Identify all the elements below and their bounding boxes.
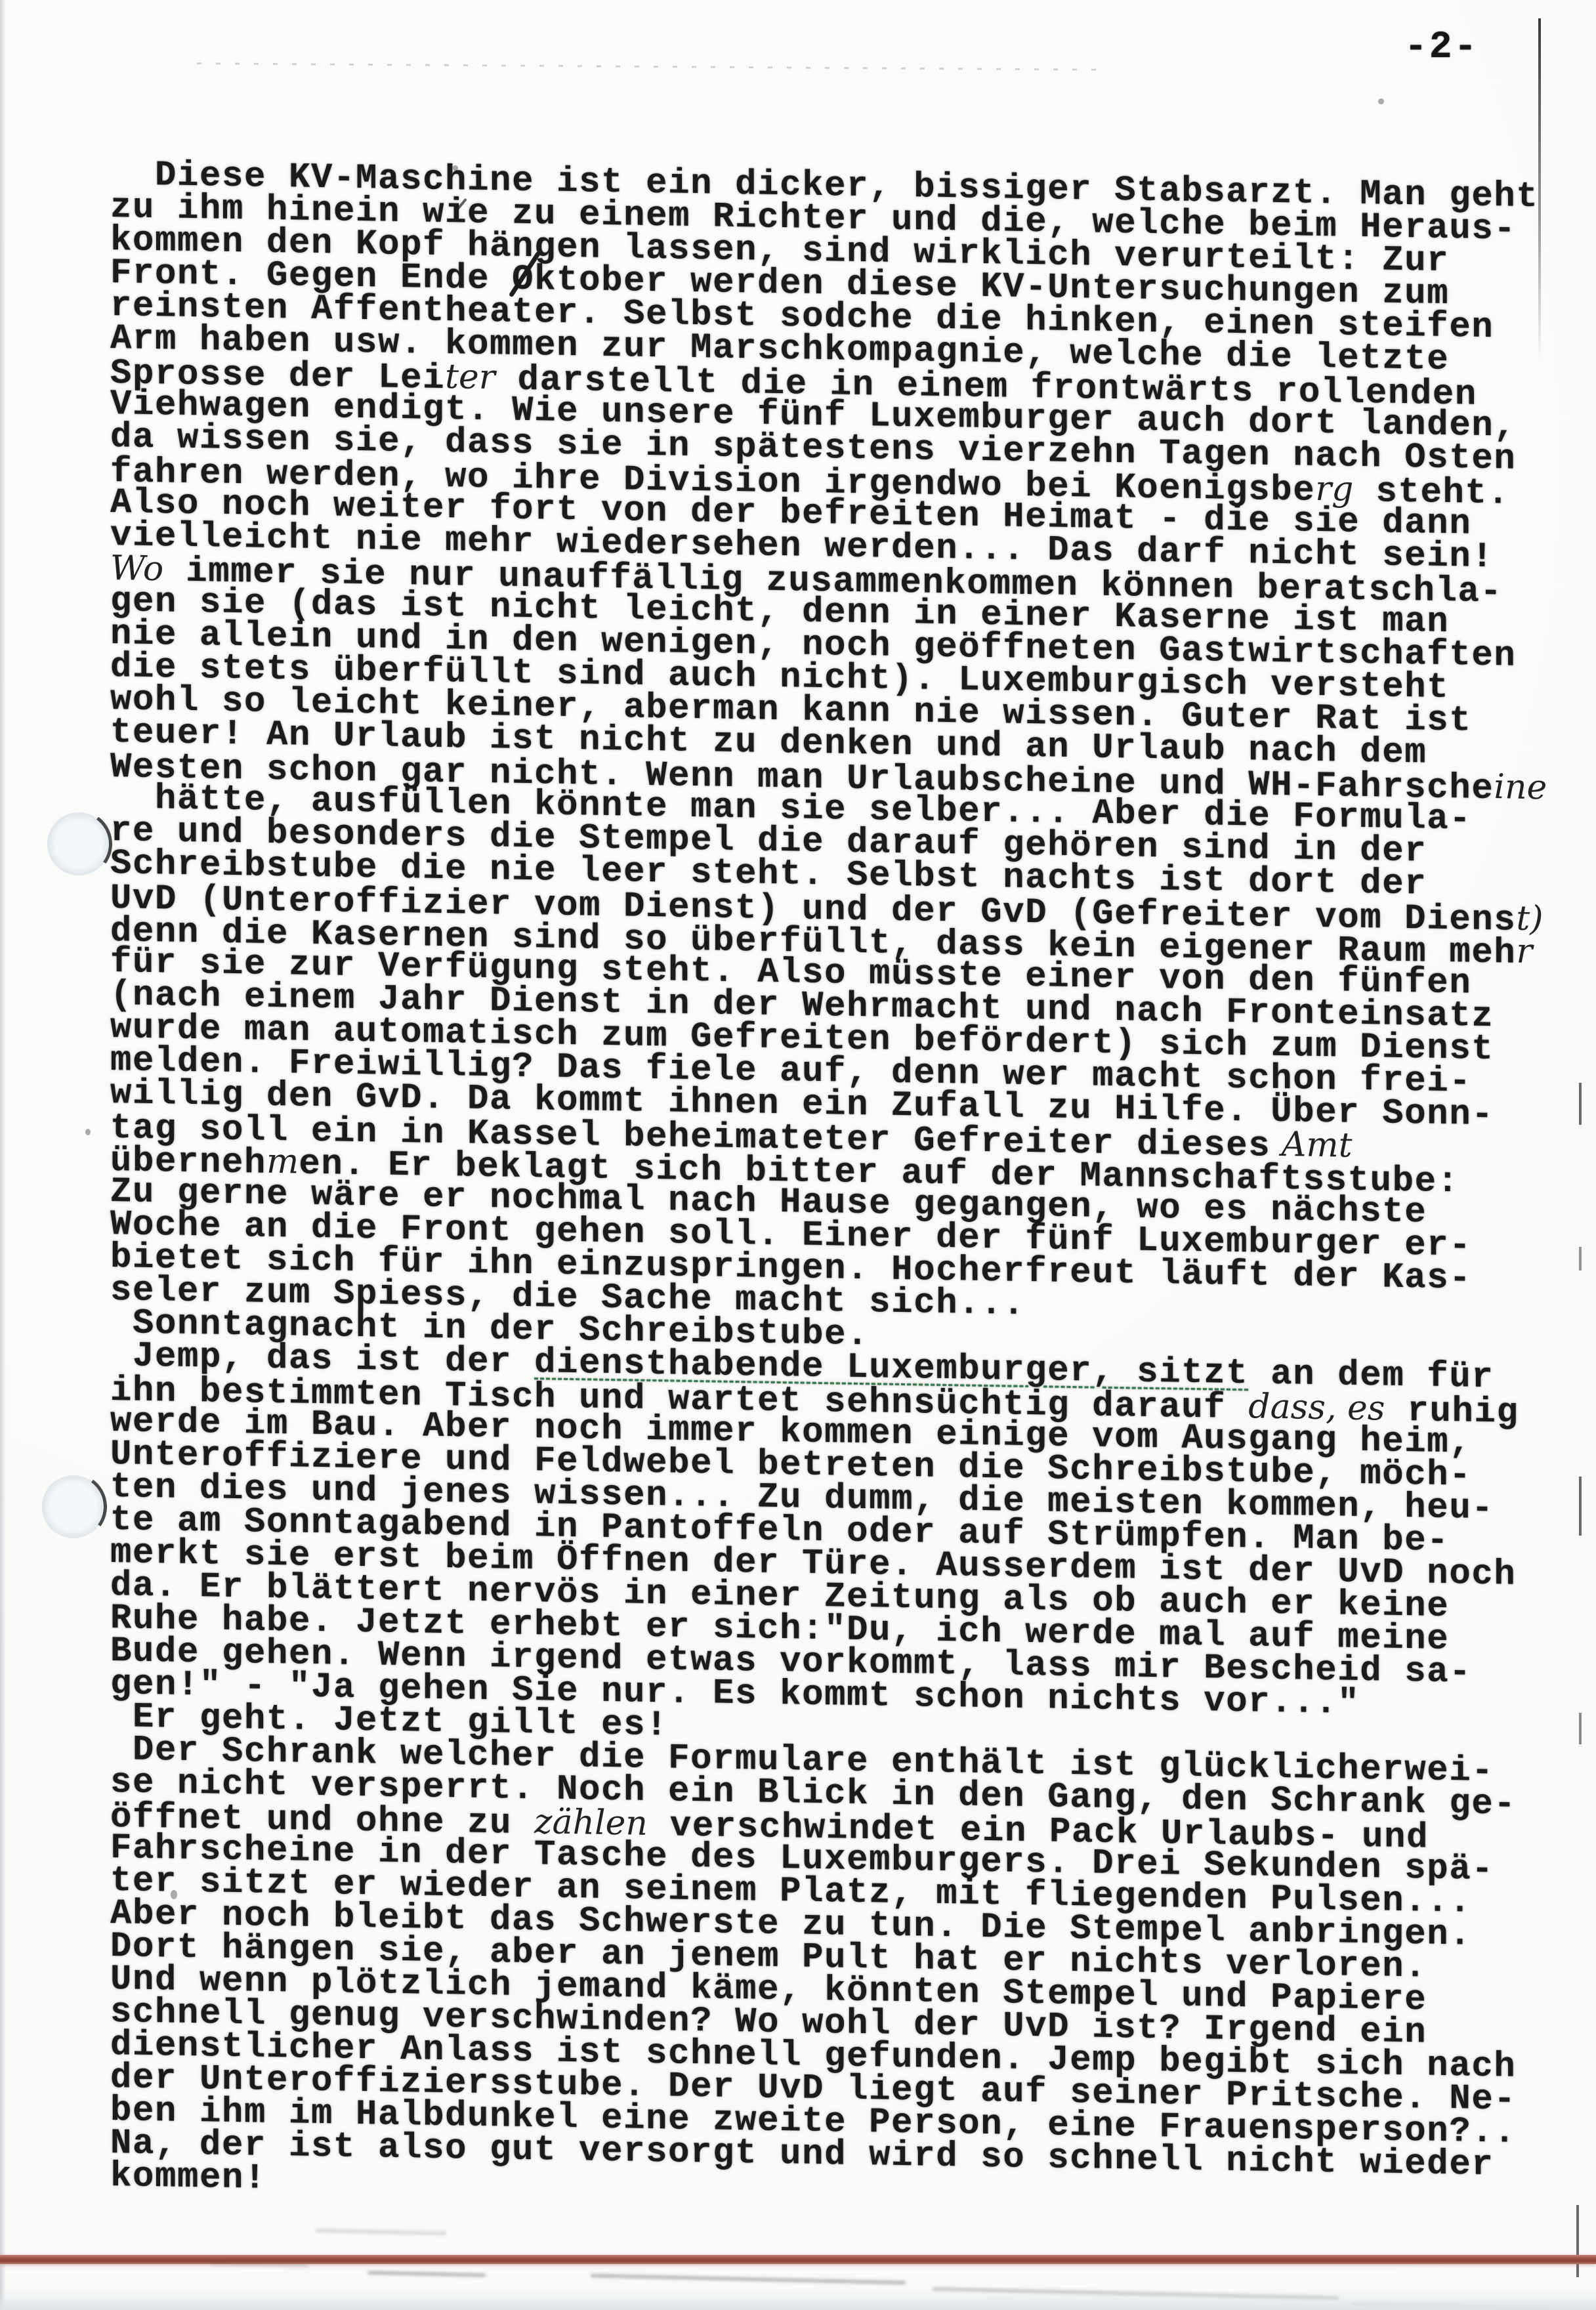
scan-artifact-dash: [1579, 1713, 1582, 1744]
document-text: Diese KV-Maschine ist ein dicker, bissig…: [110, 155, 1561, 2212]
ink-speck: [1378, 98, 1384, 104]
scan-smudge: [367, 2271, 486, 2277]
scan-artifact-dash: [1579, 1083, 1582, 1125]
scan-artifact-dash: [1579, 1247, 1582, 1270]
scanned-page: -2- Diese KV-Maschine ist ein dicker, bi…: [0, 0, 1596, 2310]
scan-smudge: [591, 2274, 906, 2285]
punch-hole: [42, 1475, 105, 1538]
scan-smudge: [315, 2229, 446, 2236]
scanner-edge-shadow: [0, 0, 6, 2310]
scan-dust-line: [197, 62, 1102, 71]
scan-artifact-dash: [1579, 1477, 1582, 1536]
handwritten-text: r: [1516, 932, 1532, 971]
typed-text: kommen!: [110, 2156, 266, 2199]
page-number: -2-: [1404, 26, 1479, 69]
ink-speck: [85, 1129, 91, 1135]
punch-hole: [47, 812, 110, 875]
scan-artifact-dash: [1576, 2205, 1579, 2277]
scanner-bottom-shadow: [0, 2290, 1596, 2310]
handwritten-text: ine: [1494, 767, 1547, 807]
